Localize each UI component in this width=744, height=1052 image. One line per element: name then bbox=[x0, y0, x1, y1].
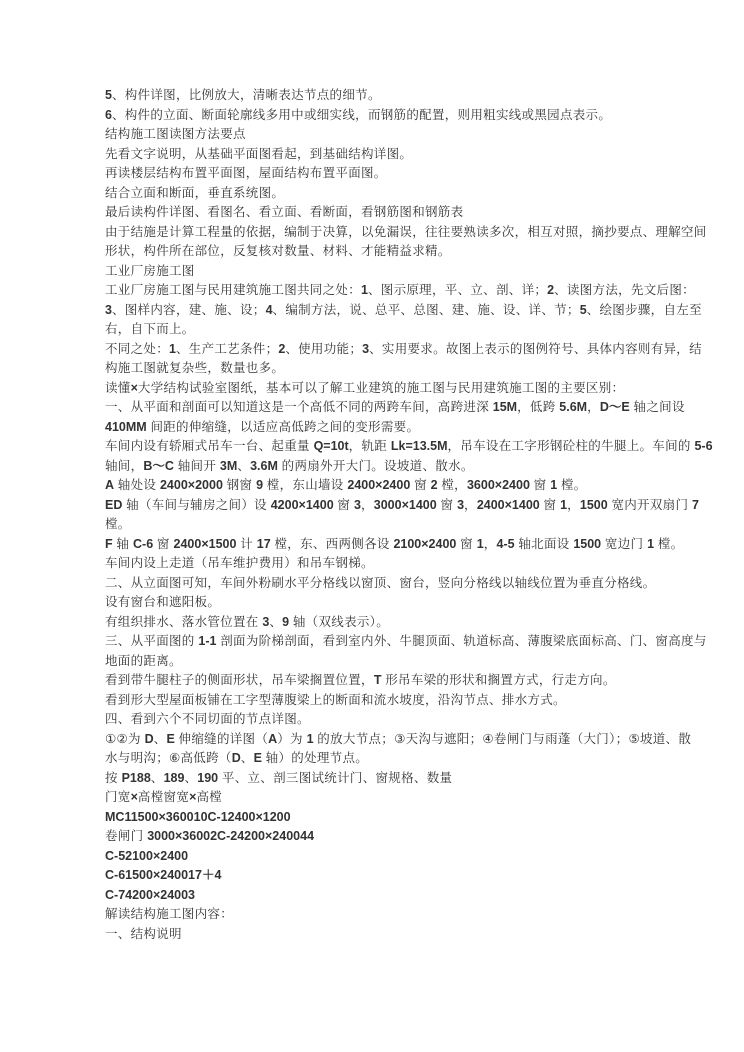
text-line: 水与明沟；⑥高低跨（D、E 轴）的处理节点。 bbox=[105, 749, 665, 769]
text-line: 形状，构件所在部位，反复核对数量、材料、才能精益求精。 bbox=[105, 242, 665, 262]
text-line: 工业厂房施工图与民用建筑施工图共同之处：1、图示原理，平、立、剖、详；2、读图方… bbox=[105, 281, 665, 301]
text-line: 看到形大型屋面板铺在工字型薄腹梁上的断面和流水坡度，沿沟节点、排水方式。 bbox=[105, 691, 665, 711]
text-line: 三、从平面图的 1-1 剖面为阶梯剖面，看到室内外、牛腿顶面、轨道标高、薄腹梁底… bbox=[105, 632, 665, 652]
text-line: 结构施工图读图方法要点 bbox=[105, 125, 665, 145]
text-line: ED 轴（车间与辅房之间）设 4200×1400 窗 3，3000×1400 窗… bbox=[105, 496, 665, 516]
text-line: 一、从平面和剖面可以知道这是一个高低不同的两跨车间，高跨进深 15M，低跨 5.… bbox=[105, 398, 665, 418]
text-line: 门宽×高樘窗宽×高樘 bbox=[105, 788, 665, 808]
text-line: 车间内设有轿厢式吊车一台、起重量 Q=10t，轨距 Lk=13.5M，吊车设在工… bbox=[105, 437, 665, 457]
document-body: 5、构件详图，比例放大，清晰表达节点的细节。6、构件的立面、断面轮廓线多用中或细… bbox=[105, 86, 665, 944]
text-line: C-61500×240017＋4 bbox=[105, 866, 665, 886]
text-line: 四、看到六个不同切面的节点详图。 bbox=[105, 710, 665, 730]
text-line: 按 P188、189、190 平、立、剖三图试统计门、窗规格、数量 bbox=[105, 769, 665, 789]
document-page: 5、构件详图，比例放大，清晰表达节点的细节。6、构件的立面、断面轮廓线多用中或细… bbox=[0, 0, 744, 1052]
text-line: 解读结构施工图内容： bbox=[105, 905, 665, 925]
text-line: F 轴 C-6 窗 2400×1500 计 17 樘，东、西两侧各设 2100×… bbox=[105, 535, 665, 555]
text-line: 5、构件详图，比例放大，清晰表达节点的细节。 bbox=[105, 86, 665, 106]
text-line: 由于结施是计算工程量的依据，编制于决算，以免漏误，往往要熟读多次，相互对照，摘抄… bbox=[105, 223, 665, 243]
text-line: 工业厂房施工图 bbox=[105, 262, 665, 282]
text-line: 轴间，B～C 轴间开 3M、3.6M 的两扇外开大门。设坡道、散水。 bbox=[105, 457, 665, 477]
text-line: 地面的距离。 bbox=[105, 652, 665, 672]
text-line: 再读楼层结构布置平面图，屋面结构布置平面图。 bbox=[105, 164, 665, 184]
text-line: 二、从立面图可知，车间外粉刷水平分格线以窗顶、窗台，竖向分格线以轴线位置为垂直分… bbox=[105, 574, 665, 594]
text-line: 构施工图就复杂些，数量也多。 bbox=[105, 359, 665, 379]
text-line: 设有窗台和遮阳板。 bbox=[105, 593, 665, 613]
text-line: C-52100×2400 bbox=[105, 847, 665, 867]
text-line: 有组织排水、落水管位置在 3、9 轴（双线表示）。 bbox=[105, 613, 665, 633]
text-line: 读懂×大学结构试验室图纸，基本可以了解工业建筑的施工图与民用建筑施工图的主要区别… bbox=[105, 379, 665, 399]
text-line: 先看文字说明，从基础平面图看起，到基础结构详图。 bbox=[105, 145, 665, 165]
text-line: 右，自下而上。 bbox=[105, 320, 665, 340]
text-line: MC11500×360010C-12400×1200 bbox=[105, 808, 665, 828]
text-line: 一、结构说明 bbox=[105, 925, 665, 945]
text-line: 卷闸门 3000×36002C-24200×240044 bbox=[105, 827, 665, 847]
text-line: 410MM 间距的伸缩缝，以适应高低跨之间的变形需要。 bbox=[105, 418, 665, 438]
text-line: 结合立面和断面，垂直系统图。 bbox=[105, 184, 665, 204]
text-line: 樘。 bbox=[105, 515, 665, 535]
text-line: 不同之处：1、生产工艺条件；2、使用功能；3、实用要求。故图上表示的图例符号、具… bbox=[105, 340, 665, 360]
text-line: 最后读构件详图、看图名、看立面、看断面，看钢筋图和钢筋表 bbox=[105, 203, 665, 223]
text-line: 车间内设上走道（吊车维护费用）和吊车钢梯。 bbox=[105, 554, 665, 574]
text-line: ①②为 D、E 伸缩缝的详图（A）为 1 的放大节点；③天沟与遮阳；④卷闸门与雨… bbox=[105, 730, 665, 750]
text-line: 6、构件的立面、断面轮廓线多用中或细实线，而钢筋的配置，则用粗实线或黑园点表示。 bbox=[105, 106, 665, 126]
text-line: 3、图样内容，建、施、设；4、编制方法，说、总平、总图、建、施、设、详、节；5、… bbox=[105, 301, 665, 321]
text-line: 看到带牛腿柱子的侧面形状，吊车梁搁置位置，T 形吊车梁的形状和搁置方式，行走方向… bbox=[105, 671, 665, 691]
text-line: A 轴处设 2400×2000 钢窗 9 樘，东山墙设 2400×2400 窗 … bbox=[105, 476, 665, 496]
text-line: C-74200×24003 bbox=[105, 886, 665, 906]
